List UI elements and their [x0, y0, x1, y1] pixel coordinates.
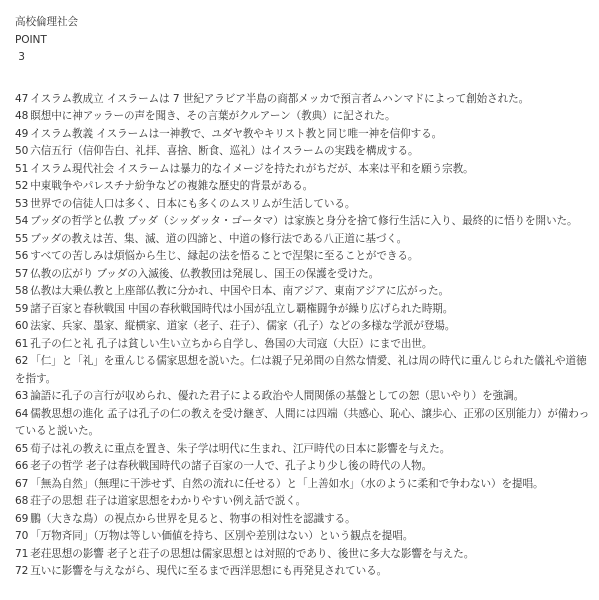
- point-item: 62「仁」と「礼」を重んじる儒家思想を説いた。仁は親子兄弟間の自然な情愛、礼は周…: [15, 353, 590, 388]
- point-item-number: 49: [15, 128, 28, 140]
- point-item-number: 52: [15, 180, 28, 192]
- point-item: 55ブッダの教えは苦、集、滅、道の四諦と、中道の修行法である八正道に基づく。: [15, 231, 590, 249]
- point-item-number: 54: [15, 215, 28, 227]
- point-item-number: 51: [15, 163, 28, 175]
- point-list: 47イスラム教成立 イスラームは 7 世紀アラビア半島の商都メッカで預言者ムハン…: [15, 91, 590, 581]
- point-label: POINT: [15, 32, 590, 50]
- point-item: 68荘子の思想 荘子は道家思想をわかりやすい例え話で説く。: [15, 493, 590, 511]
- point-number: 3: [15, 49, 590, 67]
- point-item-number: 58: [15, 285, 28, 297]
- point-item-text: イスラム現代社会 イスラームは暴力的なイメージを持たれがちだが、本来は平和を願う…: [30, 163, 473, 175]
- point-item-text: 仏教の広がり ブッダの入滅後、仏教教団は発展し、国王の保護を受けた。: [30, 268, 379, 280]
- point-item: 70「万物斉同」（万物は等しい価値を持ち、区別や差別はない）という観点を提唱。: [15, 528, 590, 546]
- point-item: 56すべての苦しみは煩悩から生じ、縁起の法を悟ることで涅槃に至ることができる。: [15, 248, 590, 266]
- point-item-text: すべての苦しみは煩悩から生じ、縁起の法を悟ることで涅槃に至ることができる。: [30, 250, 418, 262]
- point-item: 53世界での信徒人口は多く、日本にも多くのムスリムが生活している。: [15, 196, 590, 214]
- point-item-text: ブッダの哲学と仏教 ブッダ（シッダッタ・ゴータマ）は家族と身分を捨て修行生活に入…: [30, 215, 577, 227]
- point-item: 52中東戦争やパレスチナ紛争などの複雑な歴史的背景がある。: [15, 178, 590, 196]
- document-body: 高校倫理社会 POINT 3 47イスラム教成立 イスラームは 7 世紀アラビア…: [15, 14, 590, 581]
- point-item: 67「無為自然」（無理に干渉せず、自然の流れに任せる）と「上善如水」（水のように…: [15, 476, 590, 494]
- point-item-number: 68: [15, 495, 28, 507]
- point-item-text: 諸子百家と春秋戦国 中国の春秋戦国時代は小国が乱立し覇権闘争が繰り広げられた時期…: [30, 303, 453, 315]
- point-item: 66老子の哲学 老子は春秋戦国時代の諸子百家の一人で、孔子より少し後の時代の人物…: [15, 458, 590, 476]
- point-item-text: 「無為自然」（無理に干渉せず、自然の流れに任せる）と「上善如水」（水のように柔和…: [30, 478, 543, 490]
- point-item: 59諸子百家と春秋戦国 中国の春秋戦国時代は小国が乱立し覇権闘争が繰り広げられた…: [15, 301, 590, 319]
- point-item: 57仏教の広がり ブッダの入滅後、仏教教団は発展し、国王の保護を受けた。: [15, 266, 590, 284]
- point-item: 69鵬（大きな鳥）の視点から世界を見ると、物事の相対性を認識する。: [15, 511, 590, 529]
- point-item-text: 荘子の思想 荘子は道家思想をわかりやすい例え話で説く。: [30, 495, 306, 507]
- point-item-number: 56: [15, 250, 28, 262]
- point-item-text: 鵬（大きな鳥）の視点から世界を見ると、物事の相対性を認識する。: [30, 513, 355, 525]
- point-item-text: 孔子の仁と礼 孔子は貧しい生い立ちから自学し、魯国の大司寇（大臣）にまで出世。: [30, 338, 432, 350]
- point-item: 64儒教思想の進化 孟子は孔子の仁の教えを受け継ぎ、人間には四端（共感心、恥心、…: [15, 406, 590, 441]
- point-item-text: ブッダの教えは苦、集、滅、道の四諦と、中道の修行法である八正道に基づく。: [30, 233, 407, 245]
- point-item-text: 荀子は礼の教えに重点を置き、朱子学は明代に生まれ、江戸時代の日本に影響を与えた。: [30, 443, 450, 455]
- point-item-number: 53: [15, 198, 28, 210]
- point-item-text: 老荘思想の影響 老子と荘子の思想は儒家思想とは対照的であり、後世に多大な影響を与…: [30, 548, 474, 560]
- point-item: 48瞑想中に神アッラーの声を聞き、その言葉がクルアーン（教典）に記された。: [15, 108, 590, 126]
- point-item-text: 法家、兵家、墨家、縦横家、道家（老子、荘子）、儒家（孔子）などの多様な学派が登場…: [30, 320, 455, 332]
- point-item: 60法家、兵家、墨家、縦横家、道家（老子、荘子）、儒家（孔子）などの多様な学派が…: [15, 318, 590, 336]
- point-item-number: 70: [15, 530, 28, 542]
- point-item-text: 仏教は大乗仏教と上座部仏教に分かれ、中国や日本、南アジア、東南アジアに広がった。: [30, 285, 449, 297]
- point-item-text: 老子の哲学 老子は春秋戦国時代の諸子百家の一人で、孔子より少し後の時代の人物。: [30, 460, 432, 472]
- point-item: 49イスラム教義 イスラームは一神教で、ユダヤ教やキリスト教と同じ唯一神を信仰す…: [15, 126, 590, 144]
- subject-title: 高校倫理社会: [15, 14, 590, 32]
- point-item: 63論語に孔子の言行が収められ、優れた君子による政治や人間関係の基盤としての恕（…: [15, 388, 590, 406]
- point-item: 65荀子は礼の教えに重点を置き、朱子学は明代に生まれ、江戸時代の日本に影響を与え…: [15, 441, 590, 459]
- point-item-text: 六信五行（信仰告白、礼拝、喜捨、断食、巡礼）はイスラームの実践を構成する。: [30, 145, 418, 157]
- point-item-text: 互いに影響を与えながら、現代に至るまで西洋思想にも再発見されている。: [30, 565, 387, 577]
- point-item: 61孔子の仁と礼 孔子は貧しい生い立ちから自学し、魯国の大司寇（大臣）にまで出世…: [15, 336, 590, 354]
- point-item-number: 47: [15, 93, 28, 105]
- point-item: 54ブッダの哲学と仏教 ブッダ（シッダッタ・ゴータマ）は家族と身分を捨て修行生活…: [15, 213, 590, 231]
- point-item-number: 55: [15, 233, 28, 245]
- point-item-number: 63: [15, 390, 28, 402]
- point-item-text: 瞑想中に神アッラーの声を聞き、その言葉がクルアーン（教典）に記された。: [30, 110, 395, 122]
- point-item-text: イスラム教義 イスラームは一神教で、ユダヤ教やキリスト教と同じ唯一神を信仰する。: [30, 128, 442, 140]
- point-item: 72互いに影響を与えながら、現代に至るまで西洋思想にも再発見されている。: [15, 563, 590, 581]
- point-item-text: 儒教思想の進化 孟子は孔子の仁の教えを受け継ぎ、人間には四端（共感心、恥心、譲歩…: [15, 408, 589, 438]
- point-item-number: 60: [15, 320, 28, 332]
- point-item: 50六信五行（信仰告白、礼拝、喜捨、断食、巡礼）はイスラームの実践を構成する。: [15, 143, 590, 161]
- point-item-text: 論語に孔子の言行が収められ、優れた君子による政治や人間関係の基盤としての恕（思い…: [30, 390, 524, 402]
- point-item-number: 59: [15, 303, 28, 315]
- point-item-number: 69: [15, 513, 28, 525]
- point-item-number: 57: [15, 268, 28, 280]
- point-item: 51イスラム現代社会 イスラームは暴力的なイメージを持たれがちだが、本来は平和を…: [15, 161, 590, 179]
- point-item-text: 中東戦争やパレスチナ紛争などの複雑な歴史的背景がある。: [30, 180, 313, 192]
- point-item-text: 世界での信徒人口は多く、日本にも多くのムスリムが生活している。: [30, 198, 355, 210]
- point-item: 58仏教は大乗仏教と上座部仏教に分かれ、中国や日本、南アジア、東南アジアに広がっ…: [15, 283, 590, 301]
- point-item-number: 72: [15, 565, 28, 577]
- point-item-number: 71: [15, 548, 28, 560]
- point-item-text: 「万物斉同」（万物は等しい価値を持ち、区別や差別はない）という観点を提唱。: [30, 530, 413, 542]
- point-item-number: 66: [15, 460, 28, 472]
- point-item-number: 65: [15, 443, 28, 455]
- point-item-number: 67: [15, 478, 28, 490]
- point-item-text: イスラム教成立 イスラームは 7 世紀アラビア半島の商都メッカで預言者ムハンマド…: [30, 93, 529, 105]
- point-item: 47イスラム教成立 イスラームは 7 世紀アラビア半島の商都メッカで預言者ムハン…: [15, 91, 590, 109]
- point-item-text: 「仁」と「礼」を重んじる儒家思想を説いた。仁は親子兄弟間の自然な情愛、礼は周の時…: [15, 355, 586, 385]
- point-item-number: 61: [15, 338, 28, 350]
- point-item-number: 64: [15, 408, 28, 420]
- point-item: 71老荘思想の影響 老子と荘子の思想は儒家思想とは対照的であり、後世に多大な影響…: [15, 546, 590, 564]
- spacer: [15, 67, 590, 91]
- point-item-number: 48: [15, 110, 28, 122]
- point-item-number: 62: [15, 355, 28, 367]
- point-item-number: 50: [15, 145, 28, 157]
